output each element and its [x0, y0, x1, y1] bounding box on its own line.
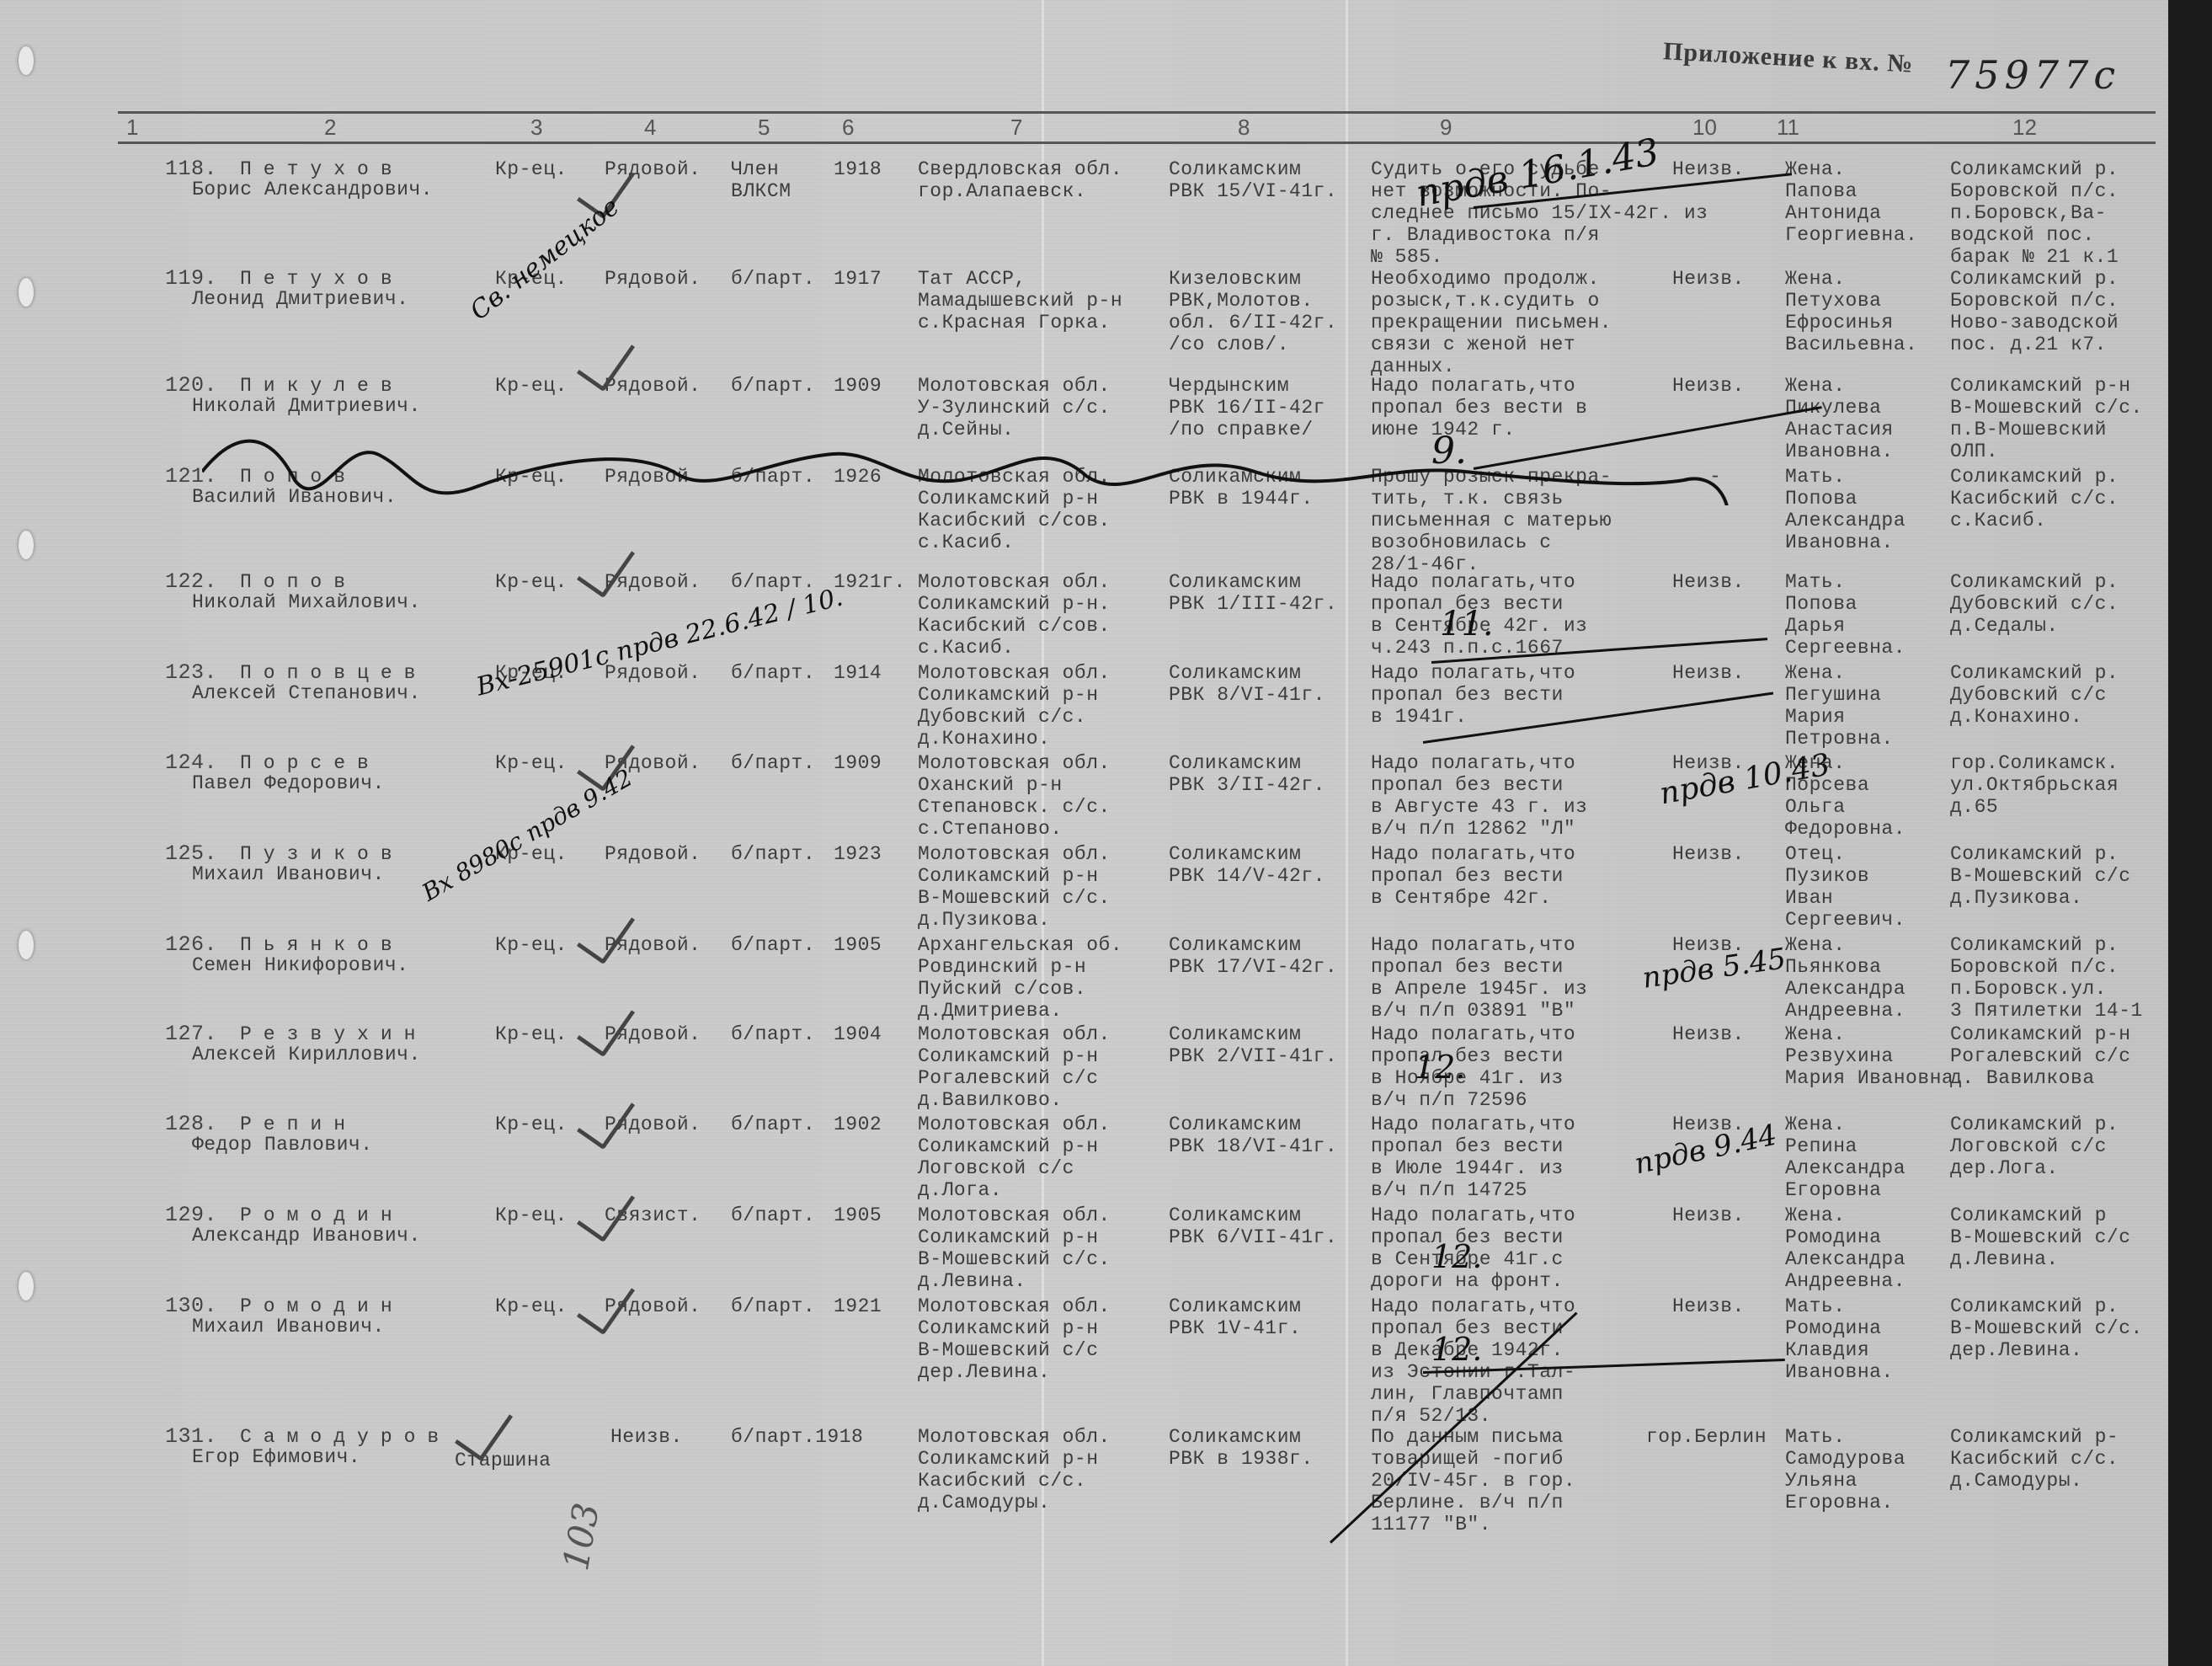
search-note: Надо полагать,что пропал без вести в Авг…: [1371, 752, 1587, 840]
birthplace: Молотовская обл. Соликамский р-н Логовск…: [918, 1113, 1111, 1201]
birthplace: Молотовская обл. Соликамский р-н В-Мошев…: [918, 843, 1111, 931]
conscription-office: Соликамским РВК 15/VI-41г.: [1169, 158, 1337, 202]
party: б/парт.: [731, 268, 815, 290]
party: б/парт.: [731, 1295, 815, 1317]
given-name: Александр Иванович.: [192, 1225, 421, 1247]
birth-year: 1918: [834, 158, 882, 180]
party: б/парт.: [731, 375, 815, 397]
register-stamp: Приложение к вх. №: [1662, 37, 1914, 79]
origin: Кр-ец.: [495, 1204, 568, 1226]
surname: Петухов: [240, 158, 404, 180]
birthplace: Молотовская обл. Соликамский р-н Дубовск…: [918, 662, 1111, 750]
birth-year: 1921: [834, 1295, 882, 1317]
birthplace: Молотовская обл. Соликамский р-н В-Мошев…: [918, 1295, 1111, 1383]
surname: Поповцев: [240, 662, 427, 684]
kin-address: гор.Соликамск. ул.Октябрьская д.65: [1950, 752, 2119, 818]
column-number: 12: [2012, 115, 2037, 141]
given-name: Леонид Дмитриевич.: [192, 288, 408, 310]
punch-hole: [19, 931, 34, 959]
status: Неизв.: [1672, 1023, 1745, 1045]
surname: Пузиков: [240, 843, 404, 865]
handwritten-note: 11.: [1440, 605, 1494, 643]
row-number: 130.: [165, 1295, 217, 1317]
search-note: Надо полагать,что пропал без вести в Ноя…: [1371, 1023, 1575, 1111]
kin-address: Соликамский р-н Рогалевский с/с д. Вавил…: [1950, 1023, 2131, 1089]
next-of-kin: Жена. Ромодина Александра Андреевна.: [1785, 1204, 1906, 1292]
status: Неизв.: [1672, 375, 1745, 397]
given-name: Федор Павлович.: [192, 1134, 373, 1156]
birthplace: Молотовская обл. Соликамский р-н Касибск…: [918, 1426, 1111, 1514]
surname: Пьянков: [240, 934, 404, 956]
surname: Ромодин: [240, 1204, 404, 1226]
given-name: Алексей Кириллович.: [192, 1044, 421, 1065]
conscription-office: Кизеловским РВК,Молотов. обл. 6/II-42г. …: [1169, 268, 1337, 355]
kin-address: Соликамский р. Дубовский с/с. д.Седалы.: [1950, 571, 2119, 637]
search-note: Надо полагать,что пропал без вести в Сен…: [1371, 843, 1575, 909]
status: Неизв.: [1672, 158, 1745, 180]
next-of-kin: Жена. Пьянкова Александра Андреевна.: [1785, 934, 1906, 1022]
next-of-kin: Жена. Резвухина Мария Ивановна.: [1785, 1023, 1966, 1089]
conscription-office: Соликамским РВК 2/VII-41г.: [1169, 1023, 1337, 1067]
row-number: 118.: [165, 158, 217, 180]
search-note: Надо полагать,что пропал без вести в июн…: [1371, 375, 1587, 441]
birth-year: 1917: [834, 268, 882, 290]
next-of-kin: Жена. Пегушина Мария Петровна.: [1785, 662, 1894, 750]
kin-address: Соликамский р-н В-Мошевский с/с. п.В-Мош…: [1950, 375, 2143, 462]
kin-address: Соликамский р. Боровской п/с. п.Боровск.…: [1950, 934, 2143, 1022]
rank: Рядовой.: [605, 843, 701, 865]
party: б/парт.: [731, 1023, 815, 1045]
column-number: 9: [1440, 115, 1452, 141]
birthplace: Тат АССР, Мамадышевский р-н с.Красная Го…: [918, 268, 1122, 334]
party: б/парт.: [731, 934, 815, 956]
given-name: Семен Никифорович.: [192, 954, 408, 976]
next-of-kin: Отец. Пузиков Иван Сергеевич.: [1785, 843, 1906, 931]
handwritten-note: 12.: [1431, 1238, 1482, 1275]
row-number: 127.: [165, 1023, 217, 1045]
handwritten-note: Св. немецкое: [465, 192, 625, 327]
surname: Пикулев: [240, 375, 404, 397]
origin: Кр-ец.: [495, 752, 568, 774]
kin-address: Соликамский р. Касибский с/с. с.Касиб.: [1950, 466, 2119, 531]
origin: Кр-ец.: [495, 1295, 568, 1317]
kin-address: Соликамский р. Логовской с/с дер.Лога.: [1950, 1113, 2119, 1179]
surname: Петухов: [240, 268, 404, 290]
birth-year: 1902: [834, 1113, 882, 1135]
conscription-office: Соликамским РВК 14/V-42г.: [1169, 843, 1325, 887]
next-of-kin: Мать. Самодурова Ульяна Егоровна.: [1785, 1426, 1906, 1514]
party: Член ВЛКСМ: [731, 158, 792, 202]
party: б/парт.: [731, 662, 815, 684]
conscription-office: Соликамским РВК в 1938г.: [1169, 1426, 1314, 1470]
birthplace: Молотовская обл. Соликамский р-н. Касибс…: [918, 571, 1111, 659]
birthplace: Молотовская обл. У-Зулинский с/с. д.Сейн…: [918, 375, 1111, 441]
birth-year: 1909: [834, 752, 882, 774]
surname: Ромодин: [240, 1295, 404, 1317]
row-number: 131.: [165, 1426, 217, 1448]
party: б/парт.: [731, 752, 815, 774]
birth-year: 1921г.: [834, 571, 906, 593]
conscription-office: Соликамским РВК 1V-41г.: [1169, 1295, 1301, 1339]
next-of-kin: Мать. Попова Дарья Сергеевна.: [1785, 571, 1906, 659]
origin: Кр-ец.: [495, 158, 568, 180]
row-number: 128.: [165, 1113, 217, 1135]
next-of-kin: Жена. Папова Антонида Георгиевна.: [1785, 158, 1917, 246]
rank: Рядовой.: [605, 375, 701, 397]
kin-address: Соликамский р. В-Мошевский с/с д.Пузиков…: [1950, 843, 2131, 909]
birthplace: Молотовская обл. Соликамский р-н В-Мошев…: [918, 1204, 1111, 1292]
column-number: 5: [758, 115, 770, 141]
row-number: 122.: [165, 571, 217, 593]
rank: Рядовой.: [605, 268, 701, 290]
column-number: 7: [1010, 115, 1022, 141]
punch-hole: [19, 531, 34, 559]
given-name: Егор Ефимович.: [192, 1446, 360, 1468]
given-name: Николай Дмитриевич.: [192, 395, 421, 417]
column-number: 8: [1238, 115, 1250, 141]
party: б/парт.: [731, 1204, 815, 1226]
status: Неизв.: [1672, 1204, 1745, 1226]
header-rule-bottom: [118, 142, 2156, 144]
conscription-office: Соликамским РВК 6/VII-41г.: [1169, 1204, 1337, 1248]
row-strikeout-wave: [202, 438, 1886, 505]
search-note: Надо полагать,что пропал без вести в 194…: [1371, 662, 1575, 728]
birth-year: 1923: [834, 843, 882, 865]
given-name: Алексей Степанович.: [192, 682, 421, 704]
paper-fold: [1346, 0, 1348, 1666]
status: гор.Берлин: [1646, 1426, 1767, 1448]
column-number: 3: [530, 115, 542, 141]
row-number: 119.: [165, 268, 217, 290]
row-number: 120.: [165, 375, 217, 397]
row-number: 125.: [165, 843, 217, 865]
conscription-office: Соликамским РВК 8/VI-41г.: [1169, 662, 1325, 706]
document-sheet: Приложение к вх. № 75977с 1 2 3 4 5 6 7 …: [0, 0, 2168, 1666]
birthplace: Молотовская обл. Оханский р-н Степановск…: [918, 752, 1111, 840]
status: Неизв.: [1672, 1295, 1745, 1317]
birth-year: 1904: [834, 1023, 882, 1045]
column-number: 2: [324, 115, 336, 141]
kin-address: Соликамский р. Боровской п/с. п.Боровск,…: [1950, 158, 2119, 268]
search-note: Надо полагать,что пропал без вести в Апр…: [1371, 934, 1587, 1022]
surname: Попов: [240, 571, 357, 593]
handwritten-note: 12.: [1415, 1049, 1465, 1086]
next-of-kin: Жена. Петухова Ефросинья Васильевна.: [1785, 268, 1917, 355]
origin: Кр-ец.: [495, 375, 568, 397]
birth-year: 1914: [834, 662, 882, 684]
given-name: Николай Михайлович.: [192, 591, 421, 613]
conscription-office: Соликамским РВК 17/VI-42г.: [1169, 934, 1337, 978]
stamp-number-handwritten: 75977с: [1945, 52, 2120, 98]
status: Неизв.: [1672, 662, 1745, 684]
party: Неизв.: [610, 1426, 683, 1448]
status: Неизв.: [1672, 268, 1745, 290]
party: б/парт.: [731, 571, 815, 593]
kin-address: Соликамский р В-Мошевский с/с д.Левина.: [1950, 1204, 2131, 1270]
column-number-header: 1 2 3 4 5 6 7 8 9 10 11 12: [0, 115, 2168, 140]
party: б/парт.: [731, 843, 815, 865]
search-note: Необходимо продолж. розыск,т.к.судить о …: [1371, 268, 1612, 377]
birthplace: Свердловская обл. гор.Алапаевск.: [918, 158, 1122, 202]
punch-hole: [19, 1272, 34, 1300]
status: Неизв.: [1672, 571, 1745, 593]
origin: Кр-ец.: [495, 1023, 568, 1045]
conscription-office: Соликамским РВК 1/III-42г.: [1169, 571, 1337, 615]
surname: Репин: [240, 1113, 357, 1135]
column-number: 11: [1777, 115, 1799, 141]
column-number: 1: [126, 115, 138, 141]
punch-hole: [19, 278, 34, 307]
birth-year: 1909: [834, 375, 882, 397]
kin-address: Соликамский р. В-Мошевский с/с. дер.Леви…: [1950, 1295, 2143, 1361]
status: Неизв.: [1672, 843, 1745, 865]
column-number: 6: [842, 115, 854, 141]
punch-hole: [19, 46, 34, 75]
kin-address: Соликамский р. Боровской п/с. Ново-завод…: [1950, 268, 2119, 355]
surname: Резвухин: [240, 1023, 427, 1045]
page-number-handwritten: 103: [555, 1500, 607, 1573]
given-name: Борис Александрович.: [192, 179, 433, 200]
column-number: 10: [1692, 115, 1717, 141]
row-number: 123.: [165, 662, 217, 684]
row-number: 126.: [165, 934, 217, 956]
party: б/парт.: [731, 1113, 815, 1135]
kin-address: Соликамский р. Дубовский с/с д.Конахино.: [1950, 662, 2119, 728]
given-name: Павел Федорович.: [192, 772, 385, 794]
header-rule-top: [118, 111, 2156, 114]
birth-year: б/парт.1918: [731, 1426, 863, 1448]
column-number: 4: [644, 115, 656, 141]
kin-address: Соликамский р- Касибский с/с. д.Самодуры…: [1950, 1426, 2119, 1492]
birthplace: Молотовская обл. Соликамский р-н Рогалев…: [918, 1023, 1111, 1111]
search-note: Надо полагать,что пропал без вести в Июл…: [1371, 1113, 1575, 1201]
handwritten-note: 12.: [1431, 1331, 1482, 1368]
conscription-office: Соликамским РВК 18/VI-41г.: [1169, 1113, 1337, 1157]
given-name: Михаил Иванович.: [192, 1316, 385, 1338]
handwritten-note: Вх 8980с прдв 9.42: [418, 764, 637, 907]
birth-year: 1905: [834, 1204, 882, 1226]
surname: Порсев: [240, 752, 381, 774]
conscription-office: Чердынским РВК 16/II-42г /по справке/: [1169, 375, 1325, 441]
next-of-kin: Мать. Ромодина Клавдия Ивановна.: [1785, 1295, 1894, 1383]
scan-border: [2168, 0, 2212, 1666]
birth-year: 1905: [834, 934, 882, 956]
row-number: 124.: [165, 752, 217, 774]
search-note: По данным письма товарищей -погиб 20/IV-…: [1371, 1426, 1575, 1535]
birthplace: Архангельская об. Ровдинский р-н Пуйский…: [918, 934, 1122, 1022]
conscription-office: Соликамским РВК 3/II-42г.: [1169, 752, 1325, 796]
row-number: 129.: [165, 1204, 217, 1226]
origin: Кр-ец.: [495, 934, 568, 956]
next-of-kin: Жена. Репина Александра Егоровна: [1785, 1113, 1906, 1201]
handwritten-note: Вх-25901с прдв 22.6.42 / 10.: [473, 582, 845, 702]
surname: Самодуров: [240, 1426, 450, 1448]
origin: Кр-ец.: [495, 571, 568, 593]
given-name: Михаил Иванович.: [192, 863, 385, 885]
origin: Кр-ец.: [495, 1113, 568, 1135]
